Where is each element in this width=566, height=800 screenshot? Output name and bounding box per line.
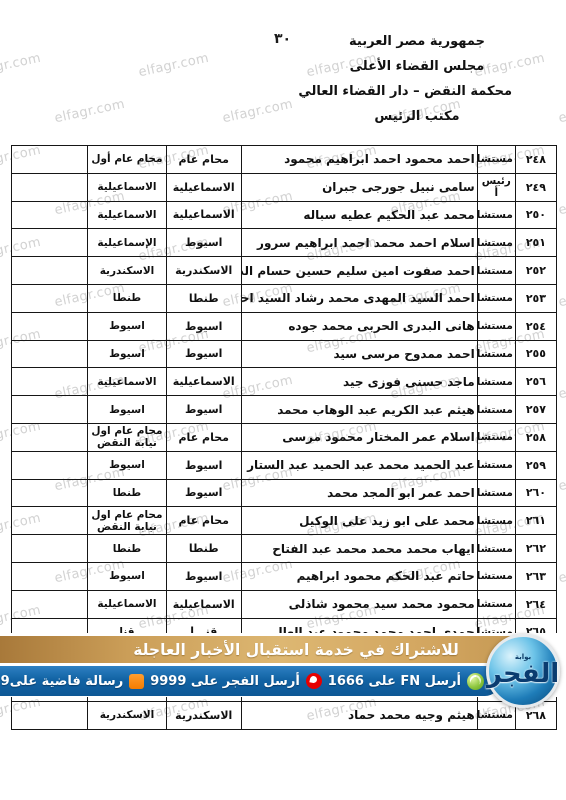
cell-title: مستشار (477, 507, 515, 535)
cell-extra (12, 368, 88, 396)
cell-current: الاسماعيلية (166, 590, 241, 618)
cell-current: اسيوط (166, 312, 241, 340)
cell-name: هيثم وجيه محمد حماد (241, 701, 477, 729)
cell-name: محمد على ابو زيد على الوكيل (241, 507, 477, 535)
vodafone-sms-text: أرسل الفجر على 9999 (150, 674, 300, 689)
table-row: ٢٦١مستشارمحمد على ابو زيد على الوكيلمحام… (12, 507, 557, 535)
cell-title: مستشار (477, 229, 515, 257)
cell-extra (12, 479, 88, 507)
cell-next: الاسكندرية (88, 257, 166, 285)
document-header: جمهورية مصر العربية مجلس القضاء الأعلى م… (322, 29, 512, 129)
cell-current: الاسكندرية (166, 701, 241, 729)
cell-title: مستشار (477, 451, 515, 479)
cell-current: اسيوط (166, 229, 241, 257)
watermark-text: elfagr.com (137, 51, 210, 81)
table-row: ٢٥٩مستشارعبد الحميد محمد عبد الحميد عبد … (12, 451, 557, 479)
watermark-text: elfagr.com (557, 465, 566, 495)
watermark-text: elfagr.com (557, 281, 566, 311)
cell-title: مستشار (477, 284, 515, 312)
cell-current: اسيوط (166, 396, 241, 424)
cell-extra (12, 451, 88, 479)
cell-name: هيثم عبد الكريم عبد الوهاب محمد (241, 396, 477, 424)
table-row: ٢٦٨مستشارهيثم وجيه محمد حمادالاسكندريةال… (12, 701, 557, 729)
table-row: ٢٥٠مستشارمحمد عبد الحكيم عطيه سبالهالاسم… (12, 201, 557, 229)
cell-next: اسيوط (88, 396, 166, 424)
cell-name: احمد محمود احمد ابراهيم محمود (241, 146, 477, 174)
cell-num: ٢٥٥ (515, 340, 556, 368)
vodafone-icon (306, 673, 322, 689)
cell-title: مستشار (477, 368, 515, 396)
mobinil-sms-text: رسالة فاضية على4529 (0, 674, 123, 689)
cell-num: ٢٦٣ (515, 562, 556, 590)
cell-extra (12, 146, 88, 174)
cell-extra (12, 173, 88, 201)
cell-title: مستشار (477, 396, 515, 424)
cell-title: مستشار (477, 201, 515, 229)
scanned-court-document: elfagr.comelfagr.comelfagr.comelfagr.com… (0, 0, 566, 800)
watermark-text: elfagr.com (53, 97, 126, 127)
cell-current: الاسماعيلية (166, 173, 241, 201)
cell-current: الاسماعيلية (166, 368, 241, 396)
cell-next: محام عام أول (88, 146, 166, 174)
banner-headline-text: للاشتراك في خدمة استقبال الأخبار العاجلة (133, 641, 459, 659)
cell-next: الإسماعيلية (88, 229, 166, 257)
table-row: ٢٥٥مستشاراحمد ممدوح مرسى سيداسيوطاسيوط (12, 340, 557, 368)
cell-num: ٢٤٩ (515, 173, 556, 201)
cell-name: حاتم عبد الحكم محمود ابراهيم (241, 562, 477, 590)
table-row: ٢٥٣مستشاراحمد السيد المهدى محمد رشاد الس… (12, 284, 557, 312)
cell-current: محام عام (166, 146, 241, 174)
cell-next: محام عام اول نيابة النقض (88, 423, 166, 451)
cell-next: الاسماعيلية (88, 590, 166, 618)
cell-num: ٢٥٨ (515, 423, 556, 451)
cell-next: طنطا (88, 535, 166, 563)
cell-name: اسلام احمد محمد احمد ابراهيم سرور (241, 229, 477, 257)
cell-name: احمد السيد المهدى محمد رشاد السيد احمد (241, 284, 477, 312)
cell-extra (12, 340, 88, 368)
mobinil-icon (129, 674, 144, 689)
cell-name: هانى البدرى الحربى محمد جوده (241, 312, 477, 340)
header-court: محكمة النقض – دار القضاء العالي (322, 79, 512, 104)
cell-current: محام عام (166, 507, 241, 535)
news-subscription-banner: للاشتراك في خدمة استقبال الأخبار العاجلة… (0, 633, 566, 697)
watermark-text: elfagr.com (557, 557, 566, 587)
elfagr-logo: بوابة الفجر (486, 634, 560, 708)
cell-next: الاسماعيلية (88, 201, 166, 229)
cell-next: اسيوط (88, 340, 166, 368)
cell-extra (12, 535, 88, 563)
cell-next: طنطا (88, 284, 166, 312)
cell-extra (12, 396, 88, 424)
cell-title: مستشار (477, 312, 515, 340)
cell-next: اسيوط (88, 562, 166, 590)
cell-extra (12, 590, 88, 618)
cell-extra (12, 423, 88, 451)
cell-title: مستشار (477, 257, 515, 285)
cell-title: مستشار (477, 535, 515, 563)
table-row: ٢٦٠مستشاراحمد عمر ابو المجد محمداسيوططنط… (12, 479, 557, 507)
cell-title: مستشار (477, 146, 515, 174)
cell-num: ٢٥٤ (515, 312, 556, 340)
cell-name: سامى نبيل جورجى جبران (241, 173, 477, 201)
cell-name: احمد عمر ابو المجد محمد (241, 479, 477, 507)
cell-extra (12, 701, 88, 729)
cell-num: ٢٤٨ (515, 146, 556, 174)
banner-sms-bar: أرسل FN على 1666 أرسل الفجر على 9999 رسا… (0, 666, 500, 696)
cell-title: رئيس أ (477, 173, 515, 201)
etisalat-sms-text: أرسل FN على 1666 (328, 674, 461, 689)
cell-extra (12, 312, 88, 340)
table-row: ٢٤٨مستشاراحمد محمود احمد ابراهيم محمودمح… (12, 146, 557, 174)
cell-current: الاسكندرية (166, 257, 241, 285)
watermark-text: elfagr.com (0, 51, 42, 81)
cell-current: محام عام (166, 423, 241, 451)
table-row: ٢٥٦مستشارماجد حسنى فوزى جيدالاسماعيليةال… (12, 368, 557, 396)
cell-num: ٢٥٣ (515, 284, 556, 312)
cell-num: ٢٥١ (515, 229, 556, 257)
cell-extra (12, 201, 88, 229)
cell-next: محام عام اول نيابة النقض (88, 507, 166, 535)
cell-num: ٢٥٠ (515, 201, 556, 229)
cell-current: اسيوط (166, 340, 241, 368)
cell-extra (12, 284, 88, 312)
cell-name: احمد صفوت امين سليم حسين حسام الدين (241, 257, 477, 285)
cell-next: اسيوط (88, 312, 166, 340)
cell-title: مستشار (477, 423, 515, 451)
cell-name: احمد ممدوح مرسى سيد (241, 340, 477, 368)
cell-extra (12, 562, 88, 590)
watermark-text: elfagr.com (557, 373, 566, 403)
cell-name: ايهاب محمد محمد محمد عبد الفتاح (241, 535, 477, 563)
table-row: ٢٤٩رئيس أسامى نبيل جورجى جبرانالاسماعيلي… (12, 173, 557, 201)
watermark-text: elfagr.com (221, 97, 294, 127)
table-row: ٢٥١مستشاراسلام احمد محمد احمد ابراهيم سر… (12, 229, 557, 257)
cell-current: اسيوط (166, 479, 241, 507)
header-country: جمهورية مصر العربية (322, 29, 512, 54)
watermark-text: elfagr.com (557, 97, 566, 127)
cell-num: ٢٥٢ (515, 257, 556, 285)
table-row: ٢٥٨مستشاراسلام عمر المختار محمود مرسىمحا… (12, 423, 557, 451)
cell-current: طنطا (166, 535, 241, 563)
watermark-text: elfagr.com (557, 189, 566, 219)
elfagr-logo-main-text: الفجر (487, 661, 559, 688)
cell-name: عبد الحميد محمد عبد الحميد عبد الستار (241, 451, 477, 479)
cell-name: ماجد حسنى فوزى جيد (241, 368, 477, 396)
cell-next: الاسماعيلية (88, 368, 166, 396)
cell-current: الاسماعيلية (166, 201, 241, 229)
etisalat-icon (467, 673, 484, 690)
table-row: ٢٦٢مستشارايهاب محمد محمد محمد عبد الفتاح… (12, 535, 557, 563)
cell-current: اسيوط (166, 451, 241, 479)
cell-name: محمد عبد الحكيم عطيه سباله (241, 201, 477, 229)
table-row: ٢٥٧مستشارهيثم عبد الكريم عبد الوهاب محمد… (12, 396, 557, 424)
table-row: ٢٥٤مستشارهانى البدرى الحربى محمد جودهاسي… (12, 312, 557, 340)
cell-title: مستشار (477, 562, 515, 590)
table-row: ٢٦٤مستشارمحمود محمد سيد محمود شاذلىالاسم… (12, 590, 557, 618)
cell-next: اسيوط (88, 451, 166, 479)
cell-num: ٢٦٠ (515, 479, 556, 507)
cell-title: مستشار (477, 590, 515, 618)
cell-num: ٢٦٤ (515, 590, 556, 618)
cell-num: ٢٥٩ (515, 451, 556, 479)
cell-current: طنطا (166, 284, 241, 312)
table-row: ٢٦٣مستشارحاتم عبد الحكم محمود ابراهيماسي… (12, 562, 557, 590)
cell-num: ٢٦١ (515, 507, 556, 535)
cell-next: الاسماعيلية (88, 173, 166, 201)
header-office: مكتب الرئيس (322, 104, 512, 129)
cell-next: طنطا (88, 479, 166, 507)
cell-num: ٢٥٧ (515, 396, 556, 424)
cell-extra (12, 257, 88, 285)
cell-name: اسلام عمر المختار محمود مرسى (241, 423, 477, 451)
table-row: ٢٥٢مستشاراحمد صفوت امين سليم حسين حسام ا… (12, 257, 557, 285)
cell-extra (12, 507, 88, 535)
page-number: ٣٠ (274, 31, 291, 47)
cell-title: مستشار (477, 340, 515, 368)
header-council: مجلس القضاء الأعلى (322, 54, 512, 79)
cell-current: اسيوط (166, 562, 241, 590)
cell-num: ٢٥٦ (515, 368, 556, 396)
cell-num: ٢٦٢ (515, 535, 556, 563)
cell-title: مستشار (477, 479, 515, 507)
banner-headline-bar: للاشتراك في خدمة استقبال الأخبار العاجلة (0, 636, 512, 663)
cell-extra (12, 229, 88, 257)
cell-next: الاسكندرية (88, 701, 166, 729)
cell-name: محمود محمد سيد محمود شاذلى (241, 590, 477, 618)
